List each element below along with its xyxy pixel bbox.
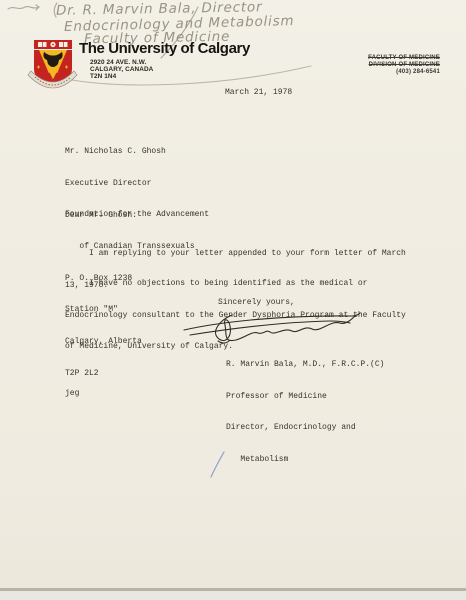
faculty-line-struck: FACULTY OF MEDICINE (368, 55, 440, 62)
signatory-name: R. Marvin Bala, M.D., F.R.C.P.(C) (226, 360, 384, 371)
address-line: CALGARY, CANADA (90, 66, 153, 73)
crest-ribbon (28, 71, 77, 88)
signature-block: R. Marvin Bala, M.D., F.R.C.P.(C) Profes… (226, 339, 384, 487)
university-address: 2920 24 AVE. N.W. CALGARY, CANADA T2N 1N… (90, 59, 153, 81)
paragraph-line: Endocrinology consultant to the Gender D… (65, 311, 406, 322)
phone-number: (403) 284-6541 (368, 69, 440, 76)
recipient-line: Mr. Nicholas C. Ghosh (65, 147, 209, 158)
typist-initials: jeg (65, 389, 79, 400)
crest-shield (34, 50, 72, 88)
signatory-title: Professor of Medicine (226, 392, 384, 403)
university-crest-logo (27, 39, 78, 101)
address-line: 2920 24 AVE. N.W. (90, 59, 153, 66)
salutation: Dear Mr. Ghosh: (65, 211, 137, 222)
crest-books-icon (38, 42, 68, 47)
university-name: The University of Calgary (79, 40, 250, 57)
letter-date: March 21, 1978 (225, 88, 292, 99)
paragraph-line: I have no objections to being identified… (65, 279, 406, 290)
crest-side-crosses (37, 66, 68, 69)
letter-page: Dr. R. Marvin Bala, Director Endocrinolo… (0, 0, 466, 600)
crest-pile (39, 50, 67, 83)
department-block: FACULTY OF MEDICINE DIVISION OF MEDICINE… (368, 55, 440, 77)
signatory-title: Metabolism (226, 455, 384, 466)
signatory-title: Director, Endocrinology and (226, 423, 384, 434)
crest-bull-head-icon (43, 52, 62, 67)
division-line-struck: DIVISION OF MEDICINE (368, 62, 440, 69)
closing: Sincerely yours, (218, 298, 295, 309)
crest-ribbon-text (35, 77, 71, 85)
crest-banner (34, 40, 72, 49)
pencil-squiggle (8, 5, 39, 10)
recipient-line: Executive Director (65, 179, 209, 190)
address-line: T2N 1N4 (90, 73, 153, 80)
crest-chevron (49, 73, 57, 81)
